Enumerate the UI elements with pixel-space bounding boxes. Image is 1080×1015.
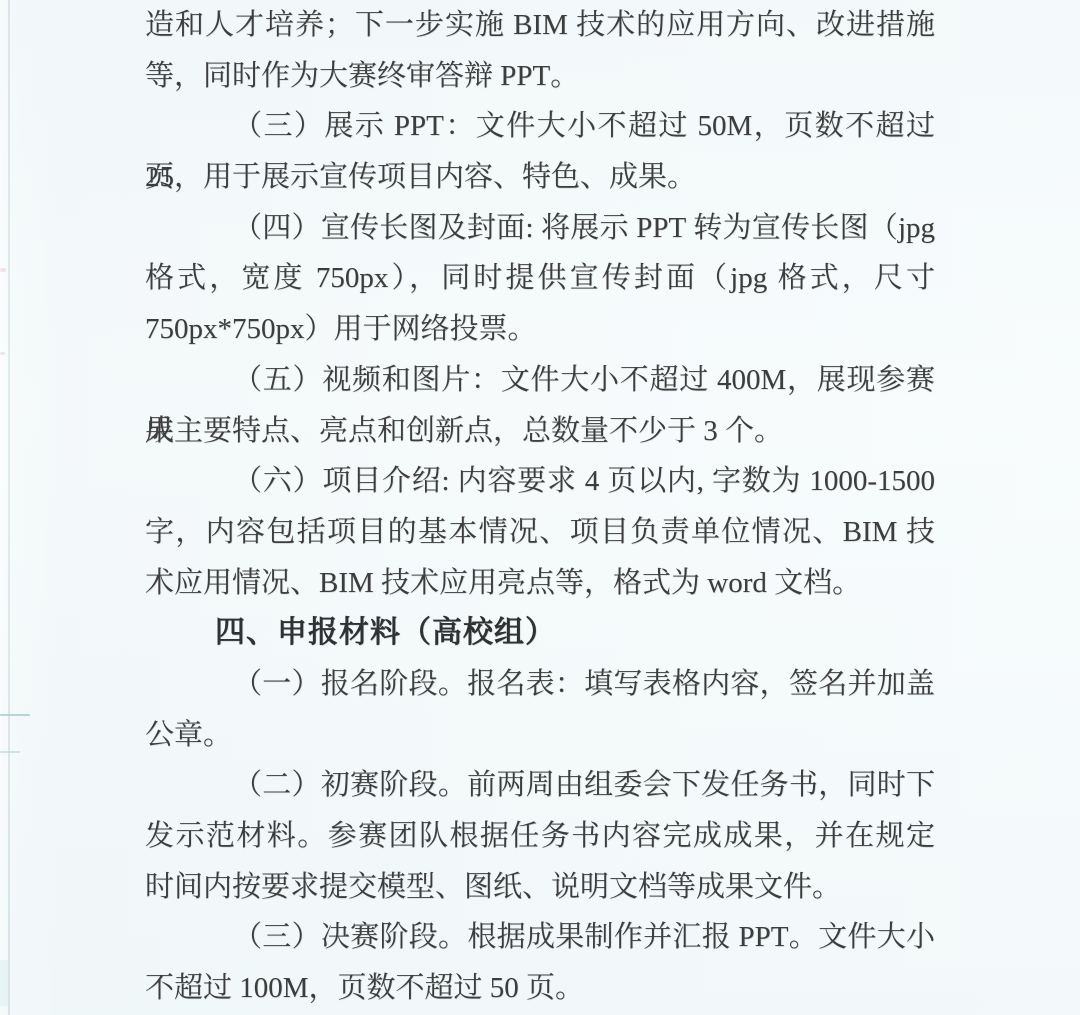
text-line: 发示范材料。参赛团队根据任务书内容完成成果，并在规定 xyxy=(145,811,935,862)
text-line: 时间内按要求提交模型、图纸、说明文档等成果文件。 xyxy=(145,862,935,913)
text-line: 术应用情况、BIM 技术应用亮点等，格式为 word 文档。 xyxy=(145,558,935,609)
text-line: （三）展示 PPT：文件大小不超过 50M，页数不超过 25 xyxy=(145,101,935,152)
text-line: （二）初赛阶段。前两周由组委会下发任务书，同时下 xyxy=(145,760,935,811)
document-body: 造和人才培养；下一步实施 BIM 技术的应用方向、改进措施 等，同时作为大赛终审… xyxy=(145,0,935,1014)
text-line: 公章。 xyxy=(145,710,935,761)
scanned-document-page: 造和人才培养；下一步实施 BIM 技术的应用方向、改进措施 等，同时作为大赛终审… xyxy=(0,0,1080,1015)
scan-artifact-mark xyxy=(0,268,6,272)
text-line: 字，内容包括项目的基本情况、项目负责单位情况、BIM 技 xyxy=(145,507,935,558)
scan-artifact-mark xyxy=(0,751,20,753)
scan-artifact-mark xyxy=(0,960,8,1006)
text-line: （四）宣传长图及封面: 将展示 PPT 转为宣传长图（jpg xyxy=(145,203,935,254)
text-line: 果主要特点、亮点和创新点，总数量不少于 3 个。 xyxy=(145,406,935,457)
text-line: （三）决赛阶段。根据成果制作并汇报 PPT。文件大小 xyxy=(145,912,935,963)
text-line: 不超过 100M，页数不超过 50 页。 xyxy=(145,963,935,1014)
text-line: 750px*750px）用于网络投票。 xyxy=(145,304,935,355)
scan-artifact-mark xyxy=(0,352,5,355)
text-line: （一）报名阶段。报名表：填写表格内容，签名并加盖 xyxy=(145,659,935,710)
text-line: （六）项目介绍: 内容要求 4 页以内, 字数为 1000-1500 xyxy=(145,456,935,507)
page-edge-line xyxy=(8,0,10,1015)
text-line: 页，用于展示宣传项目内容、特色、成果。 xyxy=(145,152,935,203)
text-line: 格式，宽度 750px），同时提供宣传封面（jpg 格式，尺寸 xyxy=(145,253,935,304)
section-heading: 四、申报材料（高校组） xyxy=(145,608,935,659)
scan-artifact-mark xyxy=(0,714,30,716)
text-line: （五）视频和图片：文件大小不超过 400M，展现参赛成 xyxy=(145,355,935,406)
text-line: 造和人才培养；下一步实施 BIM 技术的应用方向、改进措施 xyxy=(145,0,935,51)
text-line: 等，同时作为大赛终审答辩 PPT。 xyxy=(145,51,935,102)
